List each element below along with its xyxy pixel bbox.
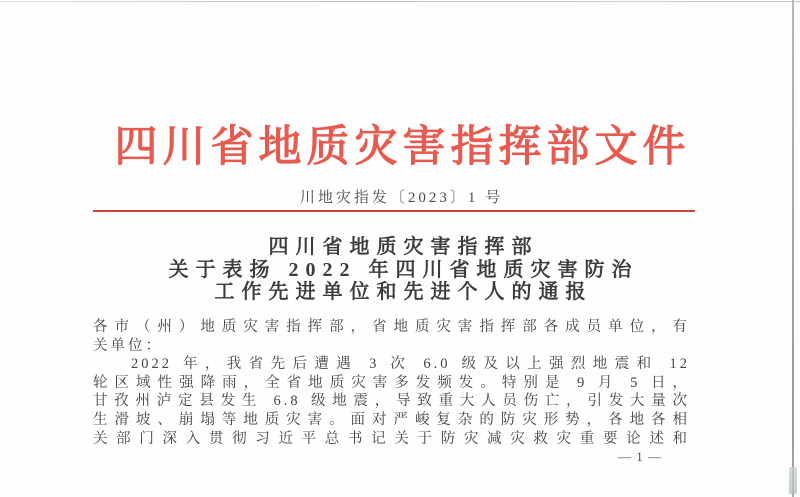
document-title-line-3: 工作先进单位和先进个人的通报 [0,281,800,304]
salutation-line-2: 关单位： [93,337,690,356]
page-number: — 1 — [600,449,680,465]
document-body: 各市（州）地质灾害指挥部，省地质灾害指挥部各成员单位，有 关单位： 2022 年… [93,318,690,448]
red-divider-line [93,210,695,212]
paragraph-line-5: 关部门深入贯彻习近平总书记关于防灾减灾救灾重要论述和 [93,430,690,449]
document-title-line-2: 关于表扬 2022 年四川省地质灾害防治 [0,259,800,282]
scan-top-edge [0,1,800,2]
paragraph-line-4: 生滑坡、崩塌等地质灾害。面对严峻复杂的防灾形势，各地各相 [93,411,690,430]
paragraph-line-2: 轮区域性强降雨，全省地质灾害多发频发。特别是 9 月 5 日， [93,374,690,393]
document-title-line-1: 四川省地质灾害指挥部 [0,236,800,259]
letterhead-title: 四川省地质灾害指挥部文件 [0,120,800,176]
document-page: 四川省地质灾害指挥部文件 川地灾指发〔2023〕1 号 四川省地质灾害指挥部 关… [0,0,800,497]
paragraph-line-3: 甘孜州泸定县发生 6.8 级地震，导致重大人员伤亡，引发大量次 [93,392,690,411]
paragraph-line-1: 2022 年，我省先后遭遇 3 次 6.0 级及以上强烈地震和 12 [93,355,690,374]
document-number: 川地灾指发〔2023〕1 号 [0,186,800,207]
salutation-line-1: 各市（州）地质灾害指挥部，省地质灾害指挥部各成员单位，有 [93,318,690,337]
scan-smudge [789,467,797,494]
document-title: 四川省地质灾害指挥部 关于表扬 2022 年四川省地质灾害防治 工作先进单位和先… [0,236,800,304]
